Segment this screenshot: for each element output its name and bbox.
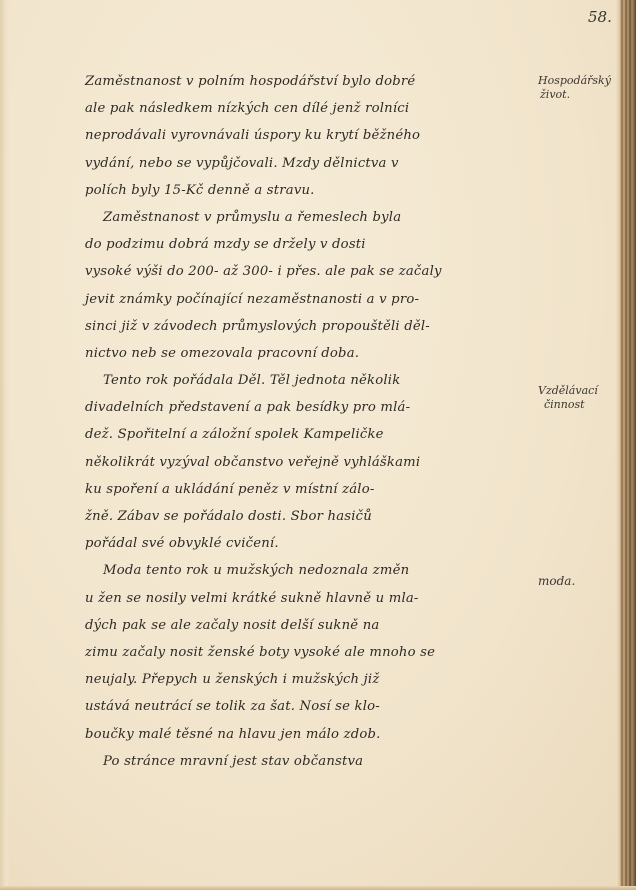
text-line: Moda tento rok u mužských nedoznala změn: [85, 557, 530, 584]
text-line: Tento rok pořádala Děl. Těl jednota něko…: [85, 367, 530, 394]
text-line: několikrát vyzýval občanstvo veřejně vyh…: [85, 449, 530, 476]
text-line: vydání, nebo se vypůjčovali. Mzdy dělnic…: [85, 150, 530, 177]
margin-note-fashion: moda.: [538, 574, 575, 588]
text-line: dež. Spořitelní a záložní spolek Kampeli…: [85, 421, 530, 448]
text-line: divadelních představení a pak besídky pr…: [85, 394, 530, 421]
text-line: zimu začaly nosit ženské boty vysoké ale…: [85, 639, 530, 666]
page-number: 58.: [588, 8, 612, 26]
text-line: Zaměstnanost v polním hospodářství bylo …: [85, 68, 530, 95]
text-line: ale pak následkem nízkých cen dílé jenž …: [85, 95, 530, 122]
margin-note-line: Vzdělávací: [538, 384, 598, 398]
handwritten-body: Zaměstnanost v polním hospodářství bylo …: [85, 68, 530, 775]
text-line: polích byly 15-Kč denně a stravu.: [85, 177, 530, 204]
text-line: pořádal své obvyklé cvičení.: [85, 530, 530, 557]
manuscript-page: 58. Hospodářský život. Vzdělávací činnos…: [0, 0, 636, 890]
margin-note-economic-life: Hospodářský život.: [538, 74, 611, 102]
page-bottom-edge: [0, 886, 636, 890]
text-line: nictvo neb se omezovala pracovní doba.: [85, 340, 530, 367]
text-line: ku spoření a ukládání peněz v místní zál…: [85, 476, 530, 503]
margin-note-line: moda.: [538, 574, 575, 588]
text-line: dých pak se ale začaly nosit delší sukně…: [85, 612, 530, 639]
margin-note-line: činnost: [538, 398, 598, 412]
text-line: neprodávali vyrovnávali úspory ku krytí …: [85, 122, 530, 149]
margin-note-educational-activity: Vzdělávací činnost: [538, 384, 598, 412]
text-line: do podzimu dobrá mzdy se držely v dosti: [85, 231, 530, 258]
text-line: Zaměstnanost v průmyslu a řemeslech byla: [85, 204, 530, 231]
text-line: sinci již v závodech průmyslových propou…: [85, 313, 530, 340]
page-left-edge: [0, 0, 10, 890]
text-line: u žen se nosily velmi krátké sukně hlavn…: [85, 585, 530, 612]
text-line: boučky malé těsné na hlavu jen málo zdob…: [85, 721, 530, 748]
text-line: neujaly. Přepych u ženských i mužských j…: [85, 666, 530, 693]
text-line: jevit známky počínající nezaměstnanosti …: [85, 286, 530, 313]
text-line: vysoké výši do 200- až 300- i přes. ale …: [85, 258, 530, 285]
text-line: ustává neutrácí se tolik za šat. Nosí se…: [85, 693, 530, 720]
margin-note-line: život.: [538, 88, 611, 102]
margin-note-line: Hospodářský: [538, 74, 611, 88]
text-line: žně. Zábav se pořádalo dosti. Sbor hasič…: [85, 503, 530, 530]
text-line: Po stránce mravní jest stav občanstva: [85, 748, 530, 775]
book-spine-edge: [616, 0, 636, 890]
